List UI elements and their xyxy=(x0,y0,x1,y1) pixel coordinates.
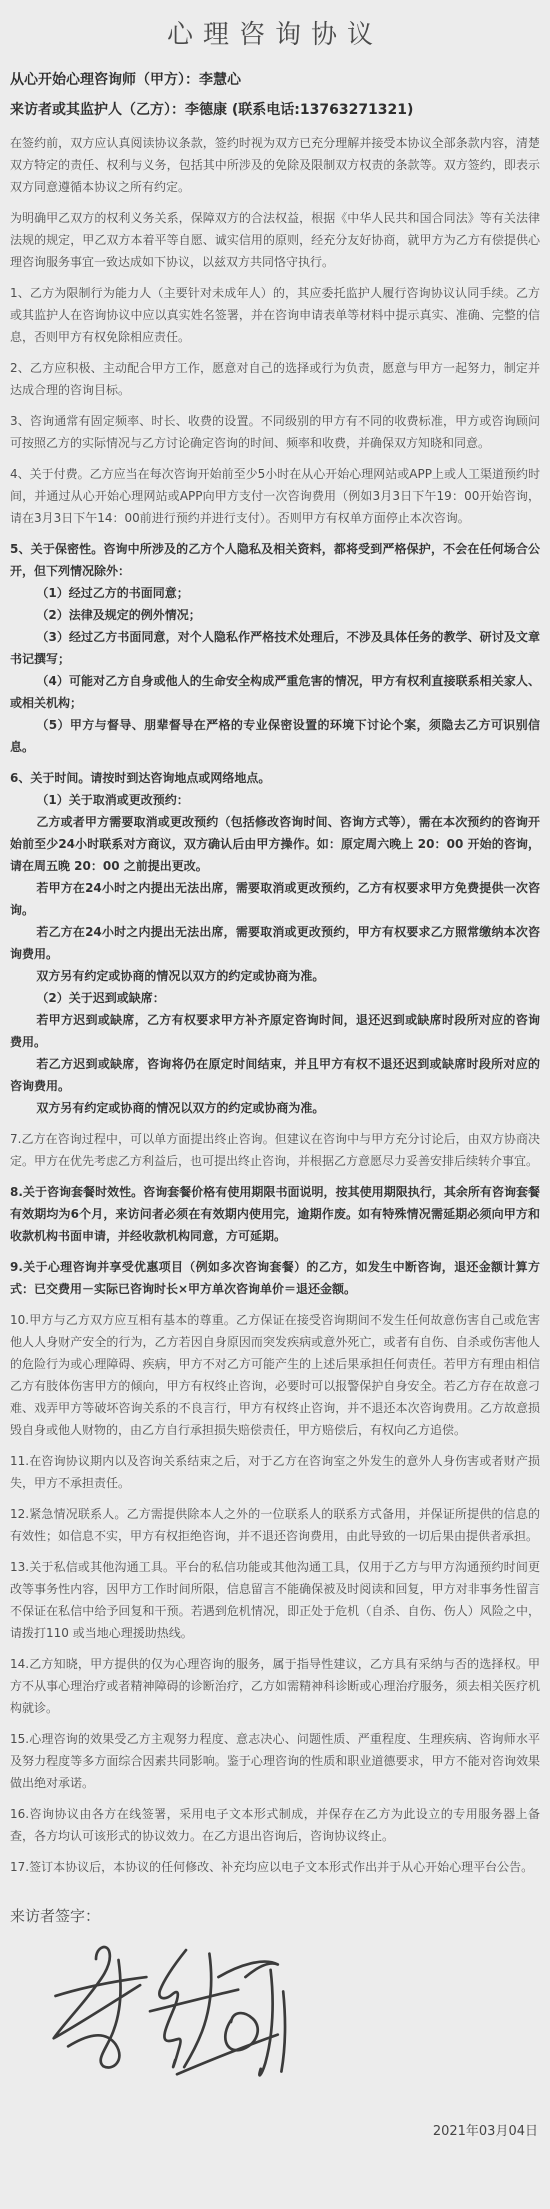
clause-10: 10.甲方与乙方双方应互相有基本的尊重。乙方保证在接受咨询期间不发生任何故意伤害… xyxy=(10,1309,540,1441)
clause-13: 13.关于私信或其他沟通工具。平台的私信功能或其他沟通工具，仅用于乙方与甲方沟通… xyxy=(10,1556,540,1644)
clause-4: 4、关于付费。乙方应当在每次咨询开始前至少5小时在从心开始心理网站或APP上或人… xyxy=(10,463,540,529)
clause-6-item-2-para-1: 若甲方迟到或缺席，乙方有权要求甲方补齐原定咨询时间，退还迟到或缺席时段所对应的咨… xyxy=(10,1009,540,1053)
clause-6-item-1: （1）关于取消或更改预约： xyxy=(10,789,540,811)
clause-11: 11.在咨询协议期内以及咨询关系结束之后，对于乙方在咨询室之外发生的意外人身伤害… xyxy=(10,1450,540,1494)
clause-5-item-3: （3）经过乙方书面同意，对个人隐私作严格技术处理后，不涉及具体任务的教学、研讨及… xyxy=(10,626,540,670)
clause-14: 14.乙方知晓，甲方提供的仅为心理咨询的服务，属于指导性建议，乙方具有采纳与否的… xyxy=(10,1653,540,1719)
clause-1: 1、乙方为限制行为能力人（主要针对未成年人）的，其应委托监护人履行咨询协议认同手… xyxy=(10,282,540,348)
visitor-signature xyxy=(42,1934,294,2102)
clause-5-item-5: （5）甲方与督导、朋辈督导在严格的专业保密设置的环境下讨论个案，须隐去乙方可识别… xyxy=(10,714,540,758)
clause-5-item-2: （2）法律及规定的例外情况； xyxy=(10,604,540,626)
clause-3: 3、咨询通常有固定频率、时长、收费的设置。不同级别的甲方有不同的收费标准，甲方或… xyxy=(10,410,540,454)
clause-8: 8.关于咨询套餐时效性。咨询套餐价格有使用期限书面说明，按其使用期限执行，其余所… xyxy=(10,1181,540,1247)
clause-9: 9.关于心理咨询并享受优惠项目（例如多次咨询套餐）的乙方，如发生中断咨询，退还金… xyxy=(10,1256,540,1300)
clause-6-item-1-para-3: 若乙方在24小时之内提出无法出席，需要取消或更改预约，甲方有权要求乙方照常缴纳本… xyxy=(10,921,540,965)
agreement-document: 心理咨询协议 从心开始心理咨询师（甲方）：李慧心 来访者或其监护人（乙方）：李德… xyxy=(0,0,550,2209)
intro-paragraph-1: 在签约前，双方应认真阅读协议条款，签约时视为双方已充分理解并接受本协议全部条款内… xyxy=(10,132,540,198)
clause-6-item-2-para-2: 若乙方迟到或缺席，咨询将仍在原定时间结束，并且甲方有权不退还迟到或缺席时段所对应… xyxy=(10,1053,540,1097)
clause-17: 17.签订本协议后，本协议的任何修改、补充均应以电子文本形式作出并于从心开始心理… xyxy=(10,1856,540,1878)
clause-12: 12.紧急情况联系人。乙方需提供除本人之外的一位联系人的联系方式备用，并保证所提… xyxy=(10,1503,540,1547)
page-title: 心理咨询协议 xyxy=(10,14,540,51)
signature-date: 2021年03月04日 xyxy=(10,2120,538,2139)
intro-paragraph-2: 为明确甲乙双方的权利义务关系，保障双方的合法权益，根据《中华人民共和国合同法》等… xyxy=(10,207,540,273)
clause-6-item-1-para-4: 双方另有约定或协商的情况以双方的约定或协商为准。 xyxy=(10,965,540,987)
clause-6-item-2-para-3: 双方另有约定或协商的情况以双方的约定或协商为准。 xyxy=(10,1097,540,1119)
signature-label: 来访者签字： xyxy=(10,1904,540,1928)
clause-6-item-1-para-2: 若甲方在24小时之内提出无法出席，需要取消或更改预约，乙方有权要求甲方免费提供一… xyxy=(10,877,540,921)
party-b-line: 来访者或其监护人（乙方）：李德康 (联系电话:13763271321) xyxy=(10,97,540,123)
clause-6-item-2: （2）关于迟到或缺席： xyxy=(10,987,540,1009)
handwritten-signature-image xyxy=(42,1934,294,2102)
clause-16: 16.咨询协议由各方在线签署，采用电子文本形式制成，并保存在乙方为此设立的专用服… xyxy=(10,1803,540,1847)
clause-2: 2、乙方应积极、主动配合甲方工作，愿意对自己的选择或行为负责，愿意与甲方一起努力… xyxy=(10,357,540,401)
agreement-body: 在签约前，双方应认真阅读协议条款，签约时视为双方已充分理解并接受本协议全部条款内… xyxy=(10,132,540,1878)
clause-5-item-4: （4）可能对乙方自身或他人的生命安全构成严重危害的情况，甲方有权利直接联系相关家… xyxy=(10,670,540,714)
clause-5: 5、关于保密性。咨询中所涉及的乙方个人隐私及相关资料，都将受到严格保护，不会在任… xyxy=(10,538,540,582)
clause-6-item-1-para-1: 乙方或者甲方需要取消或更改预约（包括修改咨询时间、咨询方式等），需在本次预约的咨… xyxy=(10,811,540,877)
clause-5-item-1: （1）经过乙方的书面同意； xyxy=(10,582,540,604)
party-a-line: 从心开始心理咨询师（甲方）：李慧心 xyxy=(10,67,540,93)
clause-15: 15.心理咨询的效果受乙方主观努力程度、意志决心、问题性质、严重程度、生理疾病、… xyxy=(10,1728,540,1794)
clause-7: 7.乙方在咨询过程中，可以单方面提出终止咨询。但建议在咨询中与甲方充分讨论后，由… xyxy=(10,1128,540,1172)
clause-6: 6、关于时间。请按时到达咨询地点或网络地点。 xyxy=(10,767,540,789)
